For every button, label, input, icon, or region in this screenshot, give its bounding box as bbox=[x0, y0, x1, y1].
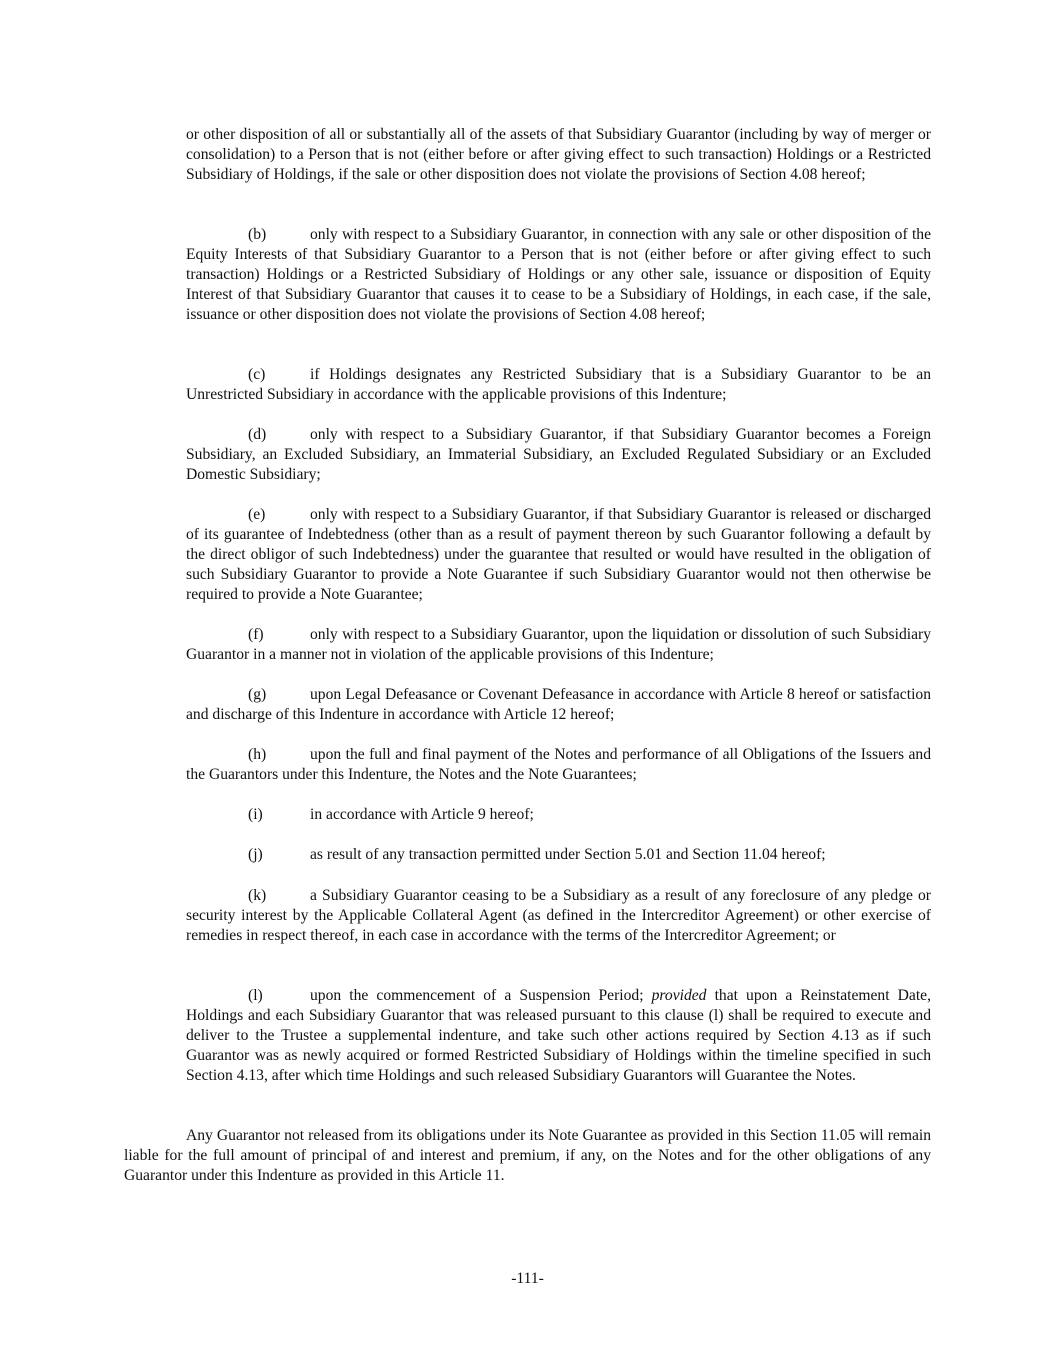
clause-label: (j) bbox=[248, 845, 310, 865]
closing-paragraph-text: Any Guarantor not released from its obli… bbox=[124, 1127, 931, 1184]
clause-d: (d)only with respect to a Subsidiary Gua… bbox=[186, 425, 931, 485]
clause-label: (b) bbox=[248, 225, 310, 245]
clause-e: (e)only with respect to a Subsidiary Gua… bbox=[186, 505, 931, 605]
clause-label: (l) bbox=[248, 986, 310, 1006]
clause-label: (e) bbox=[248, 505, 310, 525]
clause-i: (i)in accordance with Article 9 hereof; bbox=[186, 805, 931, 825]
clause-label: (k) bbox=[248, 886, 310, 906]
intro-paragraph: or other disposition of all or substanti… bbox=[186, 125, 931, 185]
clause-label: (g) bbox=[248, 685, 310, 705]
clause-h: (h)upon the full and final payment of th… bbox=[186, 745, 931, 785]
page-number: -111- bbox=[0, 1269, 1055, 1289]
clause-j: (j)as result of any transaction permitte… bbox=[186, 845, 931, 865]
clause-l: (l)upon the commencement of a Suspension… bbox=[186, 986, 931, 1086]
document-page: or other disposition of all or substanti… bbox=[0, 0, 1055, 1365]
clause-text-before: upon the commencement of a Suspension Pe… bbox=[310, 987, 652, 1004]
clause-c: (c)if Holdings designates any Restricted… bbox=[186, 365, 931, 405]
clause-label: (h) bbox=[248, 745, 310, 765]
clause-text: in accordance with Article 9 hereof; bbox=[310, 806, 534, 823]
clause-label: (f) bbox=[248, 625, 310, 645]
clause-label: (d) bbox=[248, 425, 310, 445]
clause-label: (c) bbox=[248, 365, 310, 385]
clause-f: (f)only with respect to a Subsidiary Gua… bbox=[186, 625, 931, 665]
clause-b: (b)only with respect to a Subsidiary Gua… bbox=[186, 225, 931, 325]
intro-paragraph-text: or other disposition of all or substanti… bbox=[186, 126, 931, 183]
clause-label: (i) bbox=[248, 805, 310, 825]
closing-paragraph: Any Guarantor not released from its obli… bbox=[124, 1126, 931, 1186]
clause-italic-term: provided bbox=[652, 987, 707, 1004]
clause-k: (k)a Subsidiary Guarantor ceasing to be … bbox=[186, 886, 931, 946]
clause-text: as result of any transaction permitted u… bbox=[310, 846, 826, 863]
clause-g: (g)upon Legal Defeasance or Covenant Def… bbox=[186, 685, 931, 725]
